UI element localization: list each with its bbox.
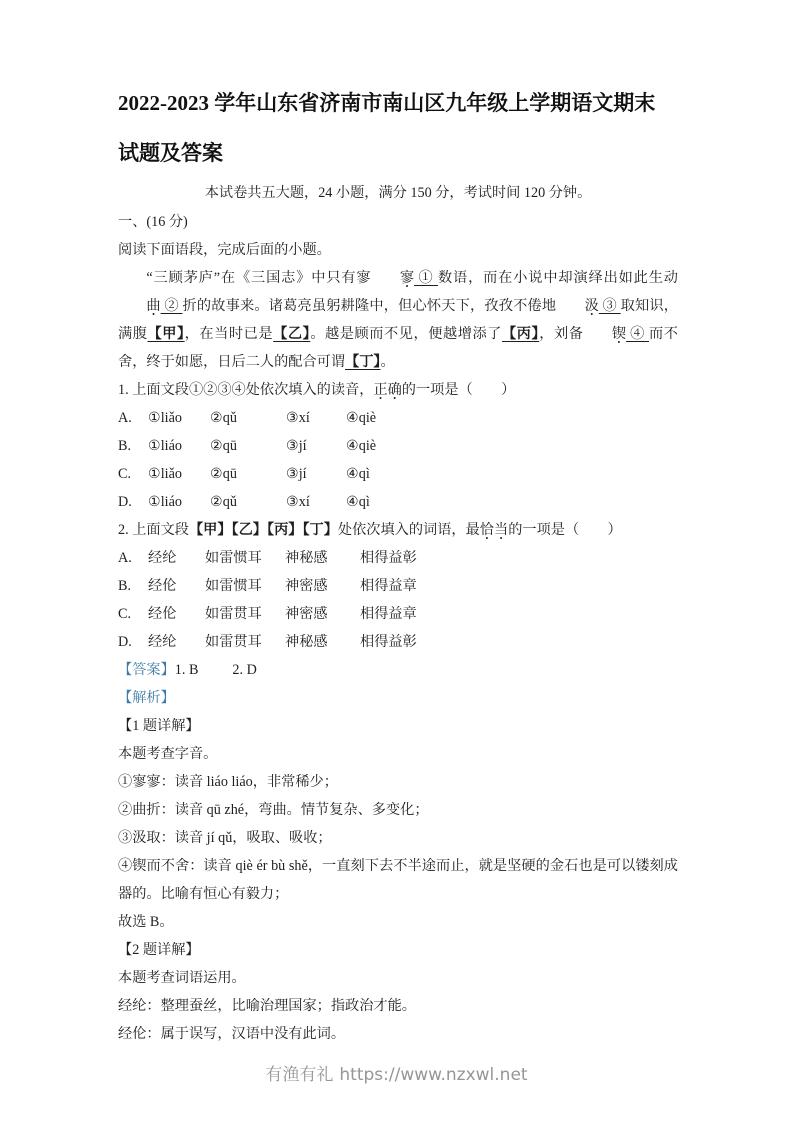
analysis-label: 【解析】 [118,684,678,712]
option-value: ②qǔ [210,488,286,516]
question-1-option-d: D. ①liáo ②qǔ ③xí ④qì [118,488,678,516]
option-value: 神密感 [285,600,360,628]
question-1-option-a: A. ①liǎo ②qǔ ③xí ④qiè [118,404,678,432]
option-label: A. [118,404,148,432]
question-1: 1. 上面文段①②③④处依次填入的读音，正确的一项是（ ） A. ①liǎo ②… [118,376,678,516]
answer-line: 【答案】 1. B 2. D [118,656,678,684]
option-value: ④qì [346,488,370,516]
option-value: 相得益章 [360,600,417,628]
option-value: 如雷贯耳 [205,600,285,628]
option-value: ①liáo [148,432,210,460]
option-value: ③jí [286,432,346,460]
section-heading: 一、(16 分) [118,208,678,236]
detail-2-line: 经伦：属于误写，汉语中没有此词。 [118,1020,678,1048]
option-value: ②qū [210,460,286,488]
question-2-stem: 2. 上面文段【甲】【乙】【丙】【丁】处依次填入的词语，最恰当的一项是（ ） [118,516,678,544]
option-value: ②qū [210,432,286,460]
answer-item-1: 1. B [175,656,199,684]
option-value: ①liǎo [148,404,210,432]
option-label: D. [118,628,148,656]
option-value: ④qì [346,460,370,488]
option-label: C. [118,600,148,628]
option-value: 如雷惯耳 [205,572,285,600]
option-value: ①liǎo [148,460,210,488]
detail-2-line: 经纶：整理蚕丝，比喻治理国家；指政治才能。 [118,992,678,1020]
option-label: A. [118,544,148,572]
option-value: 相得益彰 [360,628,417,656]
option-value: 神密感 [285,572,360,600]
question-2: 2. 上面文段【甲】【乙】【丙】【丁】处依次填入的词语，最恰当的一项是（ ） A… [118,516,678,656]
detail-1-heading: 【1 题详解】 [118,712,678,740]
page-content: 2022-2023 学年山东省济南市南山区九年级上学期语文期末 试题及答案 本试… [118,78,678,1048]
question-2-option-c: C. 经伦 如雷贯耳 神密感 相得益章 [118,600,678,628]
option-value: 经伦 [148,572,205,600]
option-label: B. [118,432,148,460]
option-label: D. [118,488,148,516]
answer-item-2: 2. D [232,656,256,684]
question-2-option-b: B. 经伦 如雷惯耳 神密感 相得益章 [118,572,678,600]
question-2-option-a: A. 经纶 如雷惯耳 神秘感 相得益彰 [118,544,678,572]
option-value: 如雷贯耳 [205,628,285,656]
option-value: ③jí [286,460,346,488]
page-title: 2022-2023 学年山东省济南市南山区九年级上学期语文期末 试题及答案 [118,78,678,178]
reading-passage: “三顾茅庐”在《三国志》中只有寥寥 ① 数语，而在小说中却演绎出如此生动曲 ② … [118,264,678,376]
exam-info-line: 本试卷共五大题，24 小题，满分 150 分，考试时间 120 分钟。 [118,178,678,208]
option-value: ④qiè [346,432,376,460]
option-label: C. [118,460,148,488]
detail-2-line: 本题考查词语运用。 [118,964,678,992]
option-value: 神秘感 [285,544,360,572]
option-value: 经纶 [148,628,205,656]
footer-brand: 有渔有礼 [265,1065,333,1085]
page-title-line1: 2022-2023 学年山东省济南市南山区九年级上学期语文期末 [118,78,678,128]
detail-1-line: ②曲折：读音 qū zhé，弯曲。情节复杂、多变化； [118,796,678,824]
detail-1-line: ①寥寥：读音 liáo liáo，非常稀少； [118,768,678,796]
option-value: 相得益章 [360,572,417,600]
option-value: ④qiè [346,404,376,432]
option-value: 经纶 [148,544,205,572]
answer-label: 【答案】 [118,656,175,684]
question-1-option-c: C. ①liǎo ②qū ③jí ④qì [118,460,678,488]
option-value: 如雷惯耳 [205,544,285,572]
exam-body: 一、(16 分) 阅读下面语段，完成后面的小题。 “三顾茅庐”在《三国志》中只有… [118,208,678,1048]
footer-url: https://www.nzxwl.net [339,1065,527,1085]
option-value: 经伦 [148,600,205,628]
option-value: ③xí [286,488,346,516]
question-2-option-d: D. 经纶 如雷贯耳 神秘感 相得益彰 [118,628,678,656]
option-value: 相得益彰 [360,544,417,572]
detail-1-line: 本题考查字音。 [118,740,678,768]
detail-1-line: ④锲而不舍：读音 qiè ér bù shě，一直刻下去不半途而止，就是坚硬的金… [118,852,678,908]
option-label: B. [118,572,148,600]
option-value: ③xí [286,404,346,432]
passage-intro: 阅读下面语段，完成后面的小题。 [118,236,678,264]
option-value: 神秘感 [285,628,360,656]
question-1-stem: 1. 上面文段①②③④处依次填入的读音，正确的一项是（ ） [118,376,678,404]
detail-1-line: 故选 B。 [118,908,678,936]
page-title-line2: 试题及答案 [118,128,678,178]
option-value: ①liáo [148,488,210,516]
detail-2-heading: 【2 题详解】 [118,936,678,964]
footer-watermark: 有渔有礼https://www.nzxwl.net [0,1060,793,1085]
detail-1-line: ③汲取：读音 jí qǔ，吸取、吸收； [118,824,678,852]
exam-document-page: 2022-2023 学年山东省济南市南山区九年级上学期语文期末 试题及答案 本试… [0,0,793,1122]
option-value: ②qǔ [210,404,286,432]
question-1-option-b: B. ①liáo ②qū ③jí ④qiè [118,432,678,460]
